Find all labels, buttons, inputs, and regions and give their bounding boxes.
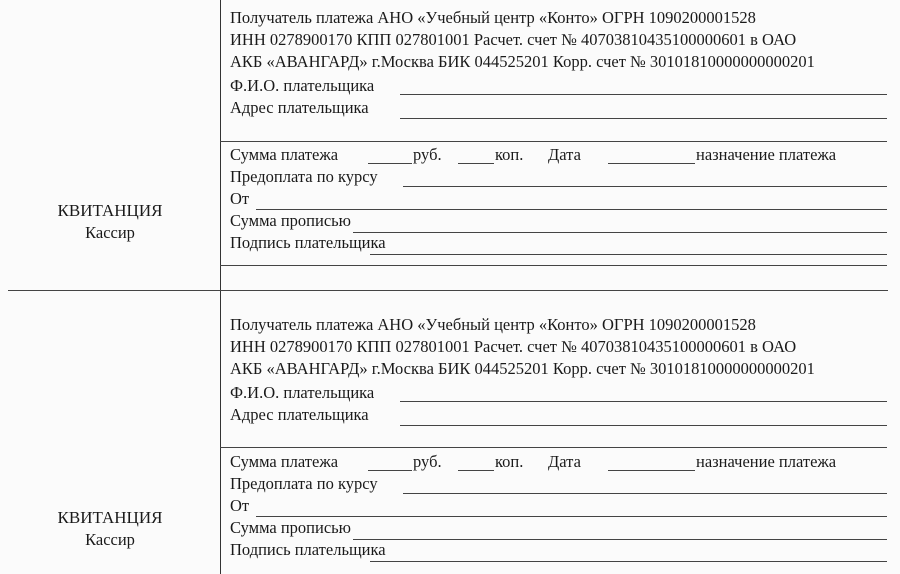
amount-words-label: Сумма прописью [230, 518, 351, 538]
recipient-line-2: ИНН 0278900170 КПП 027801001 Расчет. сче… [230, 337, 796, 357]
section-divider [220, 447, 887, 448]
kop-label: коп. [495, 145, 523, 165]
prepayment-label: Предоплата по курсу [230, 167, 378, 187]
payer-name-field[interactable] [400, 401, 887, 402]
receipt-title: КВИТАНЦИЯ [0, 200, 220, 222]
signature-label: Подпись плательщика [230, 233, 386, 253]
cashier-label: Кассир [0, 530, 220, 550]
amount-label: Сумма платежа [230, 452, 338, 472]
signature-field[interactable] [370, 254, 887, 255]
purpose-label: назначение платежа [696, 145, 836, 165]
purpose-label: назначение платежа [696, 452, 836, 472]
recipient-line-1: Получатель платежа АНО «Учебный центр «К… [230, 8, 756, 28]
bottom-field-line [220, 265, 887, 266]
column-divider [220, 0, 221, 574]
receipt-separator [8, 290, 888, 291]
amount-words-field[interactable] [353, 232, 887, 233]
from-label: От [230, 189, 249, 209]
recipient-line-2: ИНН 0278900170 КПП 027801001 Расчет. сче… [230, 30, 796, 50]
rub-field[interactable] [368, 163, 412, 164]
amount-words-field[interactable] [353, 539, 887, 540]
from-label: От [230, 496, 249, 516]
payer-address-field[interactable] [400, 118, 887, 119]
kop-field[interactable] [458, 163, 494, 164]
date-label: Дата [548, 452, 581, 472]
from-field[interactable] [256, 209, 887, 210]
date-label: Дата [548, 145, 581, 165]
section-divider [220, 141, 887, 142]
payer-name-field[interactable] [400, 94, 887, 95]
cashier-label: Кассир [0, 223, 220, 243]
payer-address-field[interactable] [400, 425, 887, 426]
kop-field[interactable] [458, 470, 494, 471]
recipient-line-3: АКБ «АВАНГАРД» г.Москва БИК 044525201 Ко… [230, 52, 815, 72]
signature-field[interactable] [370, 561, 887, 562]
prepayment-field[interactable] [403, 186, 887, 187]
payer-address-label: Адрес плательщика [230, 405, 369, 425]
date-field[interactable] [608, 163, 695, 164]
recipient-line-3: АКБ «АВАНГАРД» г.Москва БИК 044525201 Ко… [230, 359, 815, 379]
rub-label: руб. [413, 145, 442, 165]
payer-name-label: Ф.И.О. плательщика [230, 76, 374, 96]
amount-words-label: Сумма прописью [230, 211, 351, 231]
amount-label: Сумма платежа [230, 145, 338, 165]
prepayment-field[interactable] [403, 493, 887, 494]
kop-label: коп. [495, 452, 523, 472]
payer-name-label: Ф.И.О. плательщика [230, 383, 374, 403]
payer-address-label: Адрес плательщика [230, 98, 369, 118]
date-field[interactable] [608, 470, 695, 471]
from-field[interactable] [256, 516, 887, 517]
rub-field[interactable] [368, 470, 412, 471]
rub-label: руб. [413, 452, 442, 472]
signature-label: Подпись плательщика [230, 540, 386, 560]
recipient-line-1: Получатель платежа АНО «Учебный центр «К… [230, 315, 756, 335]
prepayment-label: Предоплата по курсу [230, 474, 378, 494]
receipt-title: КВИТАНЦИЯ [0, 507, 220, 529]
